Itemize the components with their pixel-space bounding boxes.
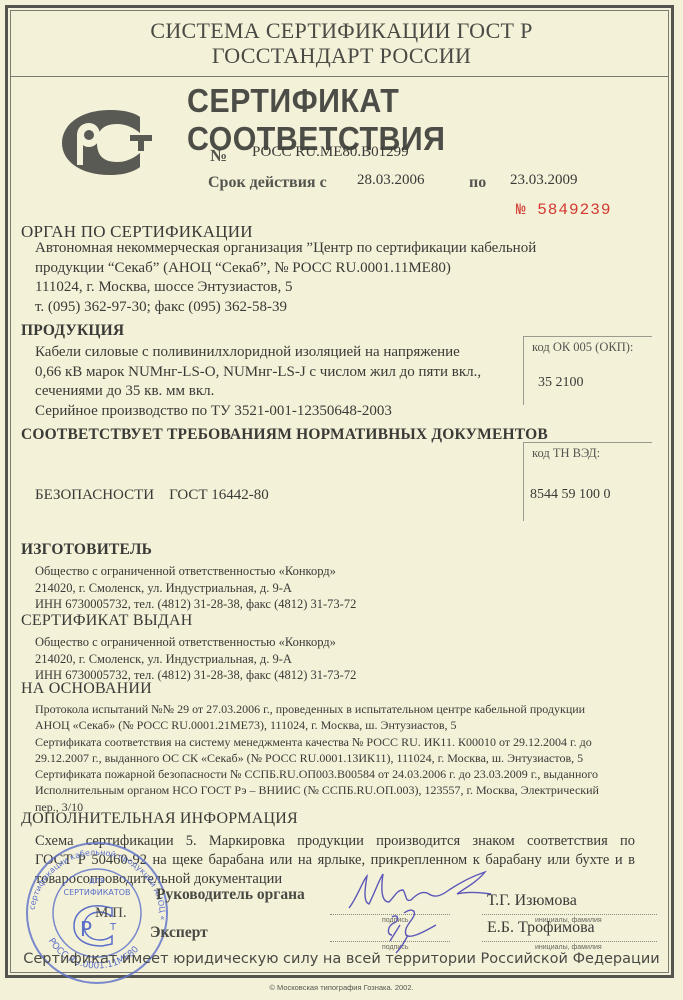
organ-line: 111024, г. Москва, шоссе Энтузиастов, 5 (35, 278, 536, 298)
valid-from-date: 28.03.2006 (357, 172, 425, 189)
product-line: Серийное производство по ТУ 3521-001-123… (35, 402, 481, 422)
tnved-code-value: 8544 59 100 0 (530, 487, 611, 503)
tnved-code-box: код ТН ВЭД: 8544 59 100 0 (523, 442, 652, 521)
basis-line: Протокола испытаний №№ 29 от 27.03.2006 … (35, 701, 599, 717)
product-line: 0,66 кВ марок NUMнг-LS-O, NUMнг-LS-J с ч… (35, 363, 481, 383)
valid-to-date: 23.03.2009 (510, 172, 578, 189)
header-divider (11, 76, 668, 77)
svg-text:P: P (80, 917, 92, 941)
header-system: СИСТЕМА СЕРТИФИКАЦИИ ГОСТ Р (0, 18, 683, 44)
organ-details: Автономная некоммерческая организация ”Ц… (35, 239, 536, 317)
product-line: сечениями до 35 кв. мм вкл. (35, 382, 481, 402)
head-label: Руководитель органа (156, 886, 305, 904)
expert-name: Е.Б. Трофимова (487, 919, 595, 937)
expert-signature-icon (378, 905, 458, 955)
printer-copyright: © Московская типография Гознака. 2002. (0, 983, 683, 992)
basis-line: АНОЦ «Секаб» (№ РОСС RU.0001.21МЕ73), 11… (35, 717, 599, 733)
manufacturer-line: ИНН 6730005732, тел. (4812) 31-28-38, фа… (35, 596, 356, 613)
product-heading: ПРОДУКЦИЯ (21, 322, 124, 340)
header-agency: ГОССТАНДАРТ РОССИИ (0, 43, 683, 69)
manufacturer-line: Общество с ограниченной ответственностью… (35, 563, 356, 580)
head-name: Т.Г. Изюмова (487, 892, 577, 910)
blank-serial-number: № 5849239 (516, 201, 611, 219)
expert-name-line (482, 941, 657, 942)
conformity-heading: СООТВЕТСТВУЕТ ТРЕБОВАНИЯМ НОРМАТИВНЫХ ДО… (21, 426, 548, 444)
manufacturer-line: 214020, г. Смоленск, ул. Индустриальная,… (35, 580, 356, 597)
organ-line: продукции “Секаб” (АНОЦ “Секаб”, № РОСС … (35, 259, 536, 279)
head-name-line (482, 914, 657, 915)
stamp-top-text: ДЛЯ (89, 877, 105, 885)
product-details: Кабели силовые с поливинилхлоридной изол… (35, 343, 481, 421)
manufacturer-heading: ИЗГОТОВИТЕЛЬ (21, 541, 152, 559)
okp-code-box: код ОК 005 (ОКП): 35 2100 (523, 336, 652, 405)
issued-to-line: 214020, г. Смоленск, ул. Индустриальная,… (35, 651, 356, 668)
product-line: Кабели силовые с поливинилхлоридной изол… (35, 343, 481, 363)
svg-text:T: T (109, 922, 117, 933)
additional-heading: ДОПОЛНИТЕЛЬНАЯ ИНФОРМАЦИЯ (21, 810, 298, 828)
basis-details: Протокола испытаний №№ 29 от 27.03.2006 … (35, 701, 599, 815)
issued-to-details: Общество с ограниченной ответственностью… (35, 634, 356, 684)
basis-line: Сертификата пожарной безопасности № ССПБ… (35, 766, 599, 782)
seal-label: М.П. (95, 905, 127, 922)
organ-line: Автономная некоммерческая организация ”Ц… (35, 239, 536, 259)
issued-to-heading: СЕРТИФИКАТ ВЫДАН (21, 612, 193, 630)
tnved-code-label: код ТН ВЭД: (532, 446, 600, 461)
basis-line: 29.12.2007 г., выданного ОС СК «Секаб» (… (35, 750, 599, 766)
cert-number: РОСС RU.МЕ80.В01299 (252, 144, 409, 161)
expert-label: Эксперт (150, 924, 208, 942)
basis-heading: НА ОСНОВАНИИ (21, 680, 152, 698)
okp-code-label: код ОК 005 (ОКП): (532, 340, 633, 355)
stamp-mid-text: СЕРТИФИКАТОВ (63, 888, 130, 897)
okp-code-value: 35 2100 (538, 375, 584, 391)
rst-mark-icon (55, 105, 155, 180)
expert-name-caption: инициалы, фамилия (535, 944, 602, 951)
legal-validity-note: Сертификат имеет юридическую силу на все… (0, 951, 683, 967)
conformity-standard: БЕЗОПАСНОСТИ ГОСТ 16442-80 (35, 486, 269, 505)
basis-line: Исполнительным органом НСО ГОСТ Рэ – ВНИ… (35, 782, 599, 798)
manufacturer-details: Общество с ограниченной ответственностью… (35, 563, 356, 613)
basis-line: Сертификата соответствия на систему мене… (35, 734, 599, 750)
cert-number-label: № (210, 146, 227, 166)
valid-to-label: по (469, 174, 486, 192)
issued-to-line: Общество с ограниченной ответственностью… (35, 634, 356, 651)
valid-from-label: Срок действия с (208, 174, 327, 192)
organ-line: т. (095) 362-97-30; факс (095) 362-58-39 (35, 298, 536, 318)
